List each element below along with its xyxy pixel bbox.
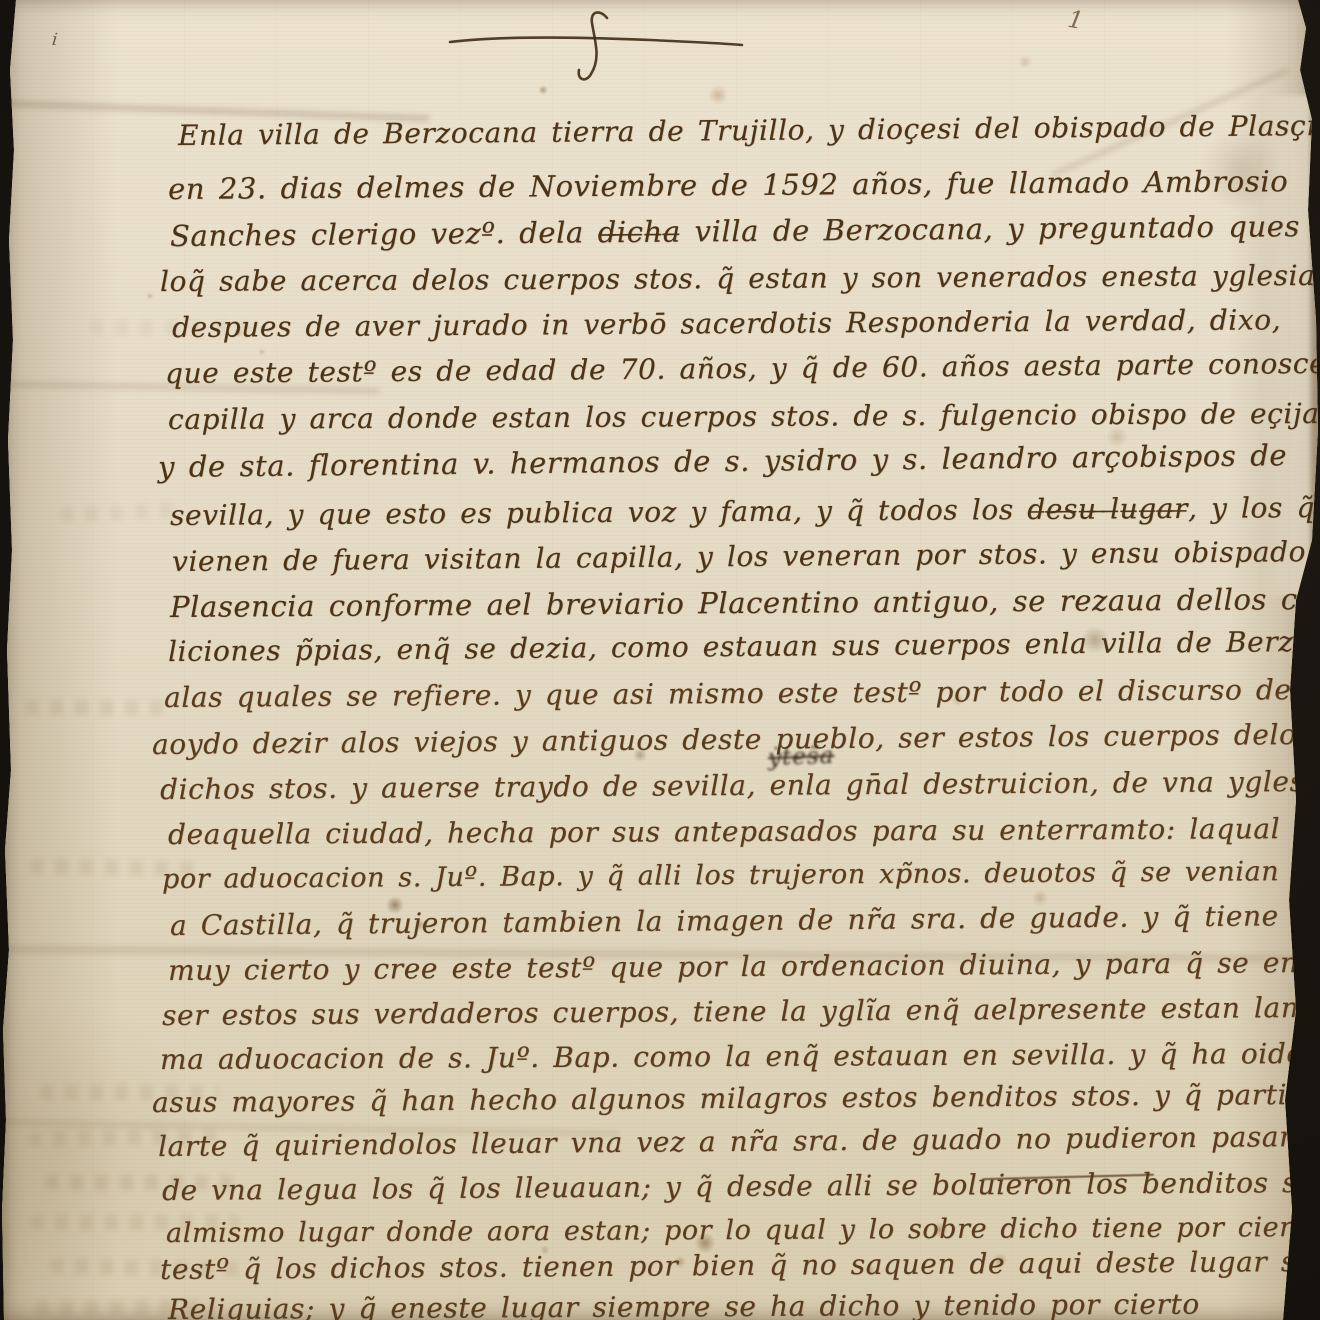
manuscript-line: larte q̃ quiriendolos lleuar vna vez a n… (158, 1123, 1293, 1161)
manuscript-line: Sanches clerigo vezº. dela d̶i̶c̶h̶a̶ vi… (170, 212, 1300, 251)
margin-tick-mark: i (51, 30, 58, 50)
manuscript-line: asus mayores q̃ han hecho algunos milagr… (152, 1081, 1320, 1117)
bleedthrough-mark (25, 700, 175, 715)
manuscript-line: ma aduocacion de s. Juº. Bap. como la en… (160, 1040, 1304, 1074)
manuscript-page: 1 i Enla villa de Berzocana tierra de Tr… (0, 0, 1320, 1320)
manuscript-line: ser estos sus verdaderos cuerpos, tiene … (162, 994, 1320, 1030)
manuscript-line: loq̃ sabe acerca delos cuerpos stos. q̃ … (160, 262, 1320, 296)
scanner-background: 1 i Enla villa de Berzocana tierra de Tr… (0, 0, 1320, 1320)
interlinear-correction: ẏtes̃a (768, 743, 835, 771)
manuscript-line: vienen de fuera visitan la capilla, y lo… (172, 538, 1320, 576)
manuscript-line: que este testº es de edad de 70. años, y… (165, 350, 1320, 388)
manuscript-line: almismo lugar donde aora estan; por lo q… (166, 1214, 1320, 1247)
manuscript-line: despues de aver jurado in verbō sacerdot… (172, 306, 1281, 342)
manuscript-line: a Castilla, q̃ trujeron tambien la image… (170, 902, 1320, 940)
manuscript-line: en 23. dias delmes de Noviembre de 1592 … (168, 167, 1288, 204)
manuscript-line: capilla y arca donde estan los cuerpos s… (168, 400, 1320, 434)
manuscript-line: Enla villa de Berzocana tierra de Trujil… (178, 112, 1320, 150)
folio-number-mark: 1 (1066, 5, 1086, 35)
manuscript-line: liciones p̃pias, enq̃ se dezia, como est… (168, 627, 1320, 666)
manuscript-line: aoydo dezir alos viejos y antiguos deste… (152, 721, 1312, 759)
manuscript-line: testº q̃ los dichos stos. tienen por bie… (160, 1248, 1320, 1284)
manuscript-line: dichos stos. y auerse traydo de sevilla,… (160, 768, 1320, 804)
manuscript-line: deaquella ciudad, hecha por sus antepasa… (168, 815, 1320, 849)
bleedthrough-mark (60, 503, 180, 522)
manuscript-line: Plasencia conforme ael breviario Placent… (170, 585, 1320, 622)
manuscript-line: Reliquias; y q̃ eneste lugar siempre se … (168, 1291, 1200, 1320)
rubric-cross-mark (440, 6, 760, 90)
manuscript-line: muy cierto y cree este testº que por la … (168, 948, 1320, 985)
manuscript-line: por aduocacion s. Juº. Bap. y q̃ alli lo… (162, 857, 1320, 893)
manuscript-line: sevilla, y que esto es publica voz y fam… (170, 494, 1315, 530)
manuscript-line: y de sta. florentina v. hermanos de s. y… (158, 441, 1287, 482)
manuscript-line: alas quales se refiere. y que asi mismo … (164, 675, 1320, 712)
